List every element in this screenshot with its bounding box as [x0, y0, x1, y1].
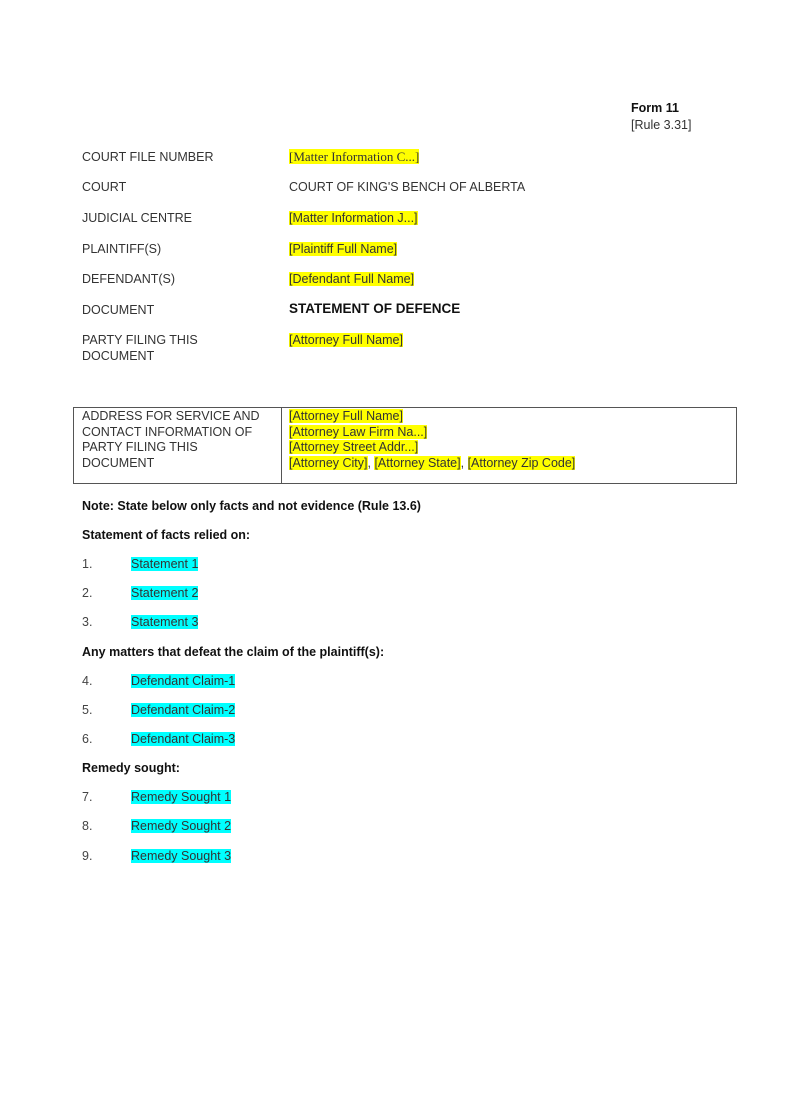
list-number: 9.	[82, 849, 92, 863]
judicial-centre-field[interactable]: [Matter Information J...]	[289, 211, 418, 225]
zip-code-field[interactable]: [Attorney Zip Code]	[468, 456, 576, 470]
list-number: 8.	[82, 819, 92, 833]
address-value: [Attorney Full Name] [Attorney Law Firm …	[289, 409, 575, 471]
court-file-number-field[interactable]: [Matter Information C...]	[289, 149, 419, 164]
list-item[interactable]: Remedy Sought 1	[131, 790, 231, 804]
judicial-centre-label: JUDICIAL CENTRE	[82, 210, 192, 226]
list-item[interactable]: Remedy Sought 3	[131, 849, 231, 863]
court-value: COURT OF KING'S BENCH OF ALBERTA	[289, 179, 525, 195]
form-number: Form 11	[631, 101, 679, 115]
list-item[interactable]: Statement 1	[131, 557, 198, 571]
city-field[interactable]: [Attorney City]	[289, 456, 368, 470]
address-label-line: ADDRESS FOR SERVICE AND	[82, 409, 260, 425]
list-number: 5.	[82, 703, 92, 717]
party-filing-label-line2: DOCUMENT	[82, 348, 198, 364]
list-number: 7.	[82, 790, 92, 804]
list-number: 6.	[82, 732, 92, 746]
list-number: 4.	[82, 674, 92, 688]
address-for-service-table: ADDRESS FOR SERVICE AND CONTACT INFORMAT…	[73, 407, 737, 484]
list-item[interactable]: Statement 3	[131, 615, 198, 629]
defendants-label: DEFENDANT(S)	[82, 271, 175, 287]
street-address-field[interactable]: [Attorney Street Addr...]	[289, 440, 418, 454]
party-filing-label-line1: PARTY FILING THIS	[82, 332, 198, 348]
evidence-note: Note: State below only facts and not evi…	[82, 499, 421, 513]
separator: ,	[461, 456, 468, 470]
list-item[interactable]: Defendant Claim-3	[131, 732, 235, 746]
remedy-heading: Remedy sought:	[82, 761, 180, 775]
court-label: COURT	[82, 179, 126, 195]
matters-heading: Any matters that defeat the claim of the…	[82, 645, 384, 659]
facts-heading: Statement of facts relied on:	[82, 528, 250, 542]
address-label: ADDRESS FOR SERVICE AND CONTACT INFORMAT…	[82, 409, 260, 471]
address-label-line: CONTACT INFORMATION OF	[82, 425, 260, 441]
list-item[interactable]: Statement 2	[131, 586, 198, 600]
form-rule: [Rule 3.31]	[631, 118, 691, 132]
table-divider	[281, 408, 282, 483]
party-filing-label: PARTY FILING THIS DOCUMENT	[82, 332, 198, 364]
law-firm-field[interactable]: [Attorney Law Firm Na...]	[289, 425, 427, 439]
court-file-number-label: COURT FILE NUMBER	[82, 149, 214, 165]
list-number: 2.	[82, 586, 92, 600]
attorney-name-field[interactable]: [Attorney Full Name]	[289, 409, 403, 423]
list-item[interactable]: Remedy Sought 2	[131, 819, 231, 833]
document-label: DOCUMENT	[82, 302, 154, 318]
address-label-line: DOCUMENT	[82, 456, 260, 472]
list-item[interactable]: Defendant Claim-1	[131, 674, 235, 688]
defendant-name-field[interactable]: [Defendant Full Name]	[289, 272, 414, 286]
state-field[interactable]: [Attorney State]	[374, 456, 460, 470]
plaintiff-name-field[interactable]: [Plaintiff Full Name]	[289, 242, 397, 256]
list-number: 1.	[82, 557, 92, 571]
list-number: 3.	[82, 615, 92, 629]
address-label-line: PARTY FILING THIS	[82, 440, 260, 456]
plaintiffs-label: PLAINTIFF(S)	[82, 241, 161, 257]
document-title: STATEMENT OF DEFENCE	[289, 301, 460, 317]
list-item[interactable]: Defendant Claim-2	[131, 703, 235, 717]
party-filing-field[interactable]: [Attorney Full Name]	[289, 333, 403, 347]
